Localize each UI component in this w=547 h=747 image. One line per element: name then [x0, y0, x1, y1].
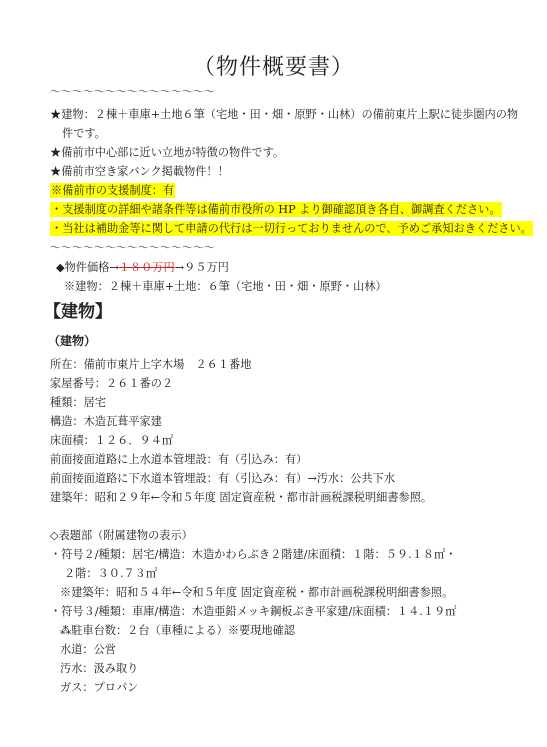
- support-note-2: ・当社は補助金等に関して申請の代行は一切行っておりませんので、予めご承知おきくだ…: [50, 221, 533, 237]
- annex-line-1: ・符号２/種類：居宅/構造：木造かわらぶき２階建/床面積：１階：５９.１８㎡・: [50, 547, 456, 563]
- annex-parking: ⁂駐車台数：２台（車種による）※要現地確認: [60, 623, 295, 639]
- subsection-heading-building: （建物）: [48, 333, 96, 349]
- annex-line-2: ２階：３０.７３㎡: [64, 566, 157, 582]
- price-label: ◆物件価格→: [56, 261, 119, 274]
- annex-line-4: ・符号３/種類：車庫/構造：木造亜鉛メッキ鋼板ぶき平家建/床面積：１４.１９㎡: [50, 604, 456, 620]
- page-title: （物件概要書）: [0, 50, 547, 81]
- support-note-2-text: ・当社は補助金等に関して申請の代行は一切行っておりませんので、予めご承知おきくだ…: [50, 221, 533, 236]
- price-line: ◆物件価格→１８０万円→９５万円: [56, 260, 229, 276]
- support-note-1: ・支援制度の詳細や諸条件等は備前市役所の HP より御確認頂き各自、御調査くださ…: [50, 202, 502, 218]
- support-status-text: ※備前市の支援制度：有: [50, 183, 175, 198]
- detail-location: 所在：備前市東片上字木場 ２６１番地: [50, 357, 251, 373]
- price-arrow: →: [175, 261, 184, 274]
- detail-structure: 構造：木造瓦葺平家建: [50, 414, 162, 430]
- new-price: ９５万円: [184, 261, 229, 274]
- detail-house-number: 家屋番号：２６１番の２: [50, 376, 173, 392]
- annex-gas: ガス：プロパン: [60, 680, 138, 696]
- divider-bottom: 〜〜〜〜〜〜〜〜〜〜〜〜〜〜〜: [50, 240, 215, 256]
- highlight-line-3: ★備前市空き家バンク掲載物件！！: [50, 164, 229, 180]
- support-note-1-text: ・支援制度の詳細や諸条件等は備前市役所の HP より御確認頂き各自、御調査くださ…: [50, 202, 502, 217]
- detail-water-main: 前面接面道路に上水道本管埋設：有（引込み：有）: [50, 452, 307, 468]
- price-note: ※建物：２棟＋車庫+土地：６筆（宅地・田・畑・原野・山林）: [64, 279, 387, 295]
- detail-build-year: 建築年：昭和２９年←令和５年度 固定資産税・都市計画税課税明細書参照。: [50, 490, 432, 506]
- divider-top: 〜〜〜〜〜〜〜〜〜〜〜〜〜〜〜: [50, 84, 215, 100]
- detail-floor-area: 床面積：１２６．９４㎡: [50, 433, 173, 449]
- annex-line-3: ※建築年：昭和５４年←令和５年度 固定資産税・都市計画税課税明細書参照。: [60, 585, 453, 601]
- highlight-line-1: ★建物：２棟＋車庫+土地６筆（宅地・田・畑・原野・山林）の備前東片上駅に徒歩圏内…: [50, 107, 518, 123]
- old-price: １８０万円: [119, 261, 175, 274]
- annex-sewage: 汚水：汲み取り: [60, 661, 138, 677]
- highlight-line-2: ★備前市中心部に近い立地が特徴の物件です。: [50, 145, 284, 161]
- annex-water: 水道：公営: [60, 642, 116, 658]
- document-page: （物件概要書） 〜〜〜〜〜〜〜〜〜〜〜〜〜〜〜 ★建物：２棟＋車庫+土地６筆（宅…: [0, 0, 547, 747]
- detail-sewer-main: 前面接面道路に下水道本管埋設：有（引込み：有）→汚水：公共下水: [50, 471, 395, 487]
- annex-heading: ◇表題部（附属建物の表示）: [50, 528, 193, 544]
- highlight-line-1-cont: 件です。: [62, 126, 106, 142]
- detail-type: 種類：居宅: [50, 395, 106, 411]
- support-status: ※備前市の支援制度：有: [50, 183, 175, 199]
- section-heading-building: 【建物】: [44, 304, 112, 320]
